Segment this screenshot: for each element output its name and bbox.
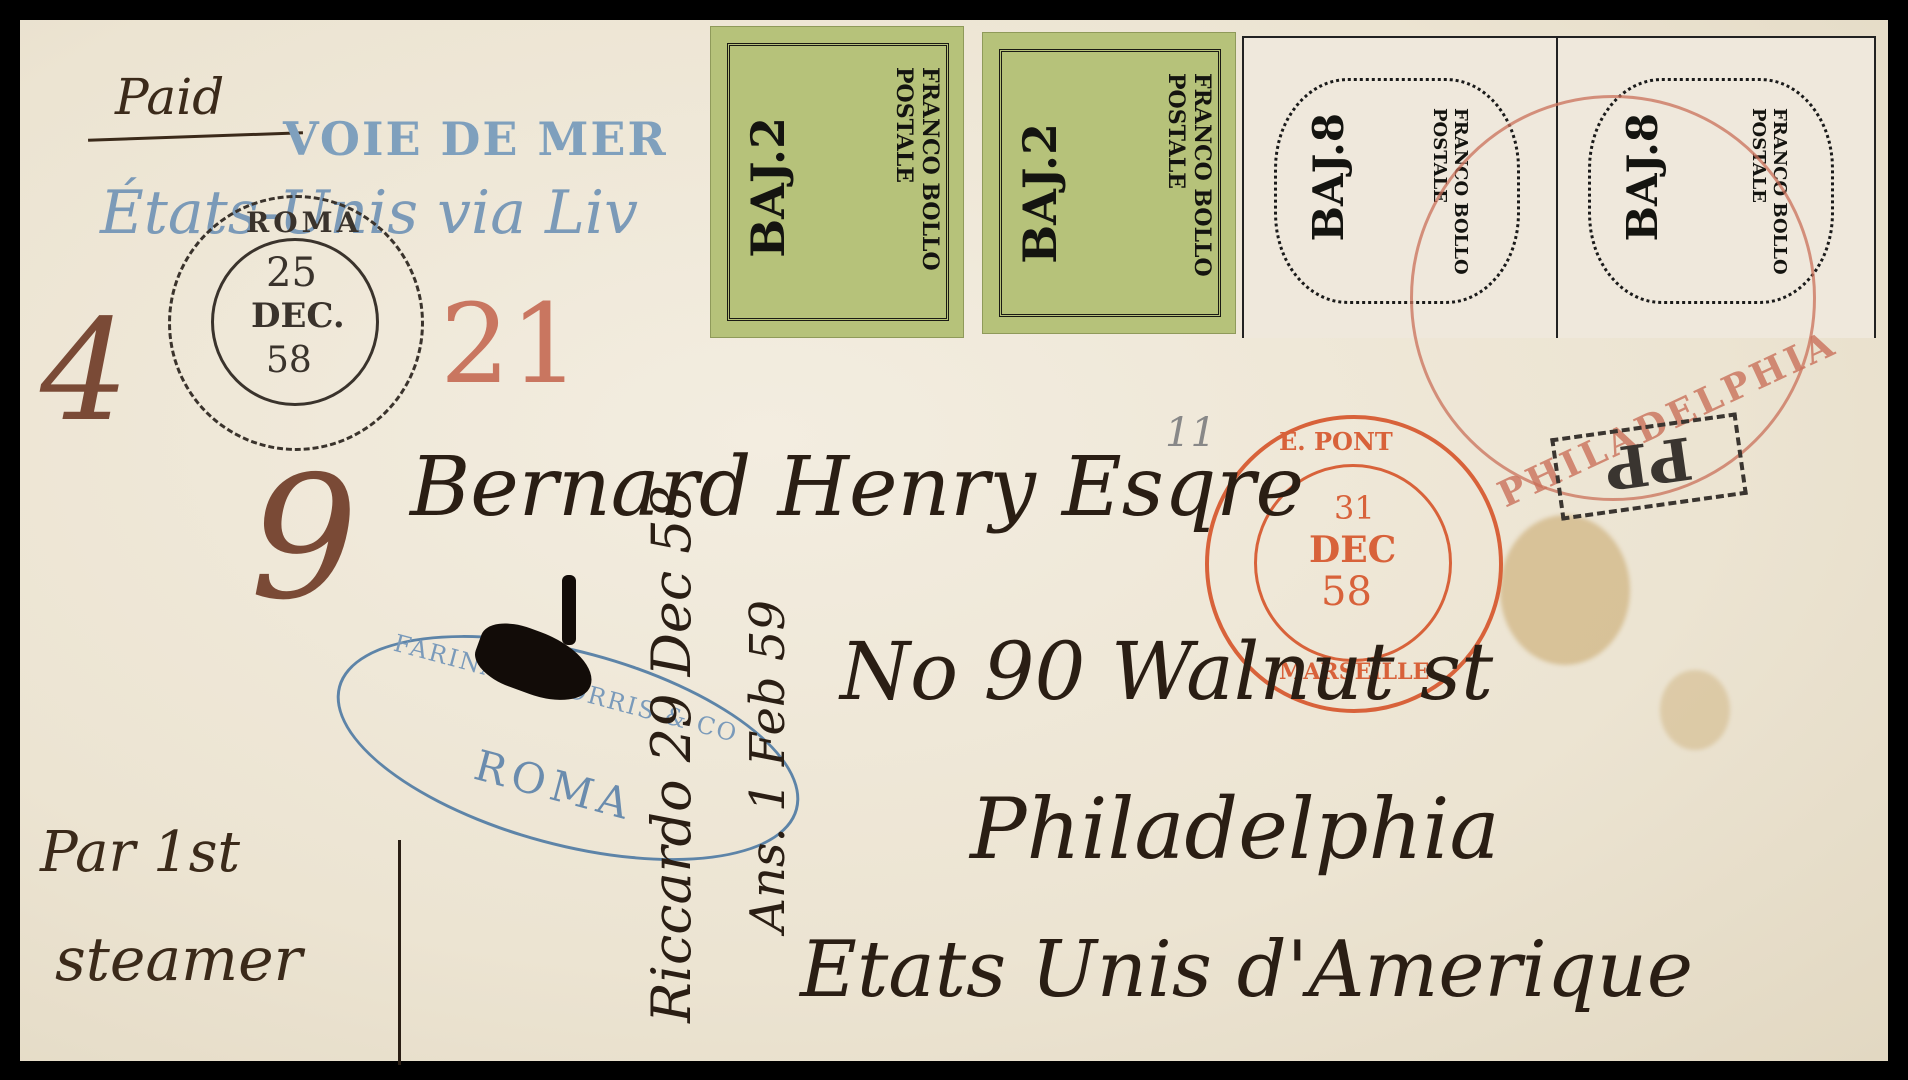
- rate-21: 21: [440, 280, 580, 408]
- routing-line-1: Par 1st: [40, 820, 240, 885]
- stamp-2baj-1: BAJ.2 FRANCO BOLLO POSTALE: [710, 26, 964, 338]
- rate-mark-9: 9: [250, 440, 358, 638]
- paid-notation: Paid: [115, 68, 224, 126]
- route-handstamp: VOIE DE MER: [283, 112, 668, 166]
- envelope: Paid VOIE DE MER États-Unis via Liv ROMA…: [20, 20, 1888, 1061]
- pen-stroke: [398, 840, 401, 1065]
- ink-blot-tail: [562, 575, 576, 645]
- stain: [1500, 515, 1630, 665]
- docket-received: Riccardo 29 Dec 58: [640, 485, 703, 1023]
- roma-postmark: ROMA 25 DEC. 58: [168, 195, 424, 451]
- stamp-2baj-2: BAJ.2 FRANCO BOLLO POSTALE: [982, 32, 1236, 334]
- docket-answered: Ans. 1 Feb 59: [740, 600, 796, 933]
- street-address: No 90 Walnut st: [840, 625, 1493, 718]
- paid-underline: [88, 131, 303, 142]
- routing-line-2: steamer: [55, 925, 302, 995]
- city: Philadelphia: [970, 780, 1500, 878]
- stain: [1660, 670, 1730, 750]
- addressee: Bernard Henry Esqre: [410, 440, 1304, 535]
- country: Etats Unis d'Amerique: [800, 925, 1693, 1015]
- rate-mark-4: 4: [40, 290, 129, 453]
